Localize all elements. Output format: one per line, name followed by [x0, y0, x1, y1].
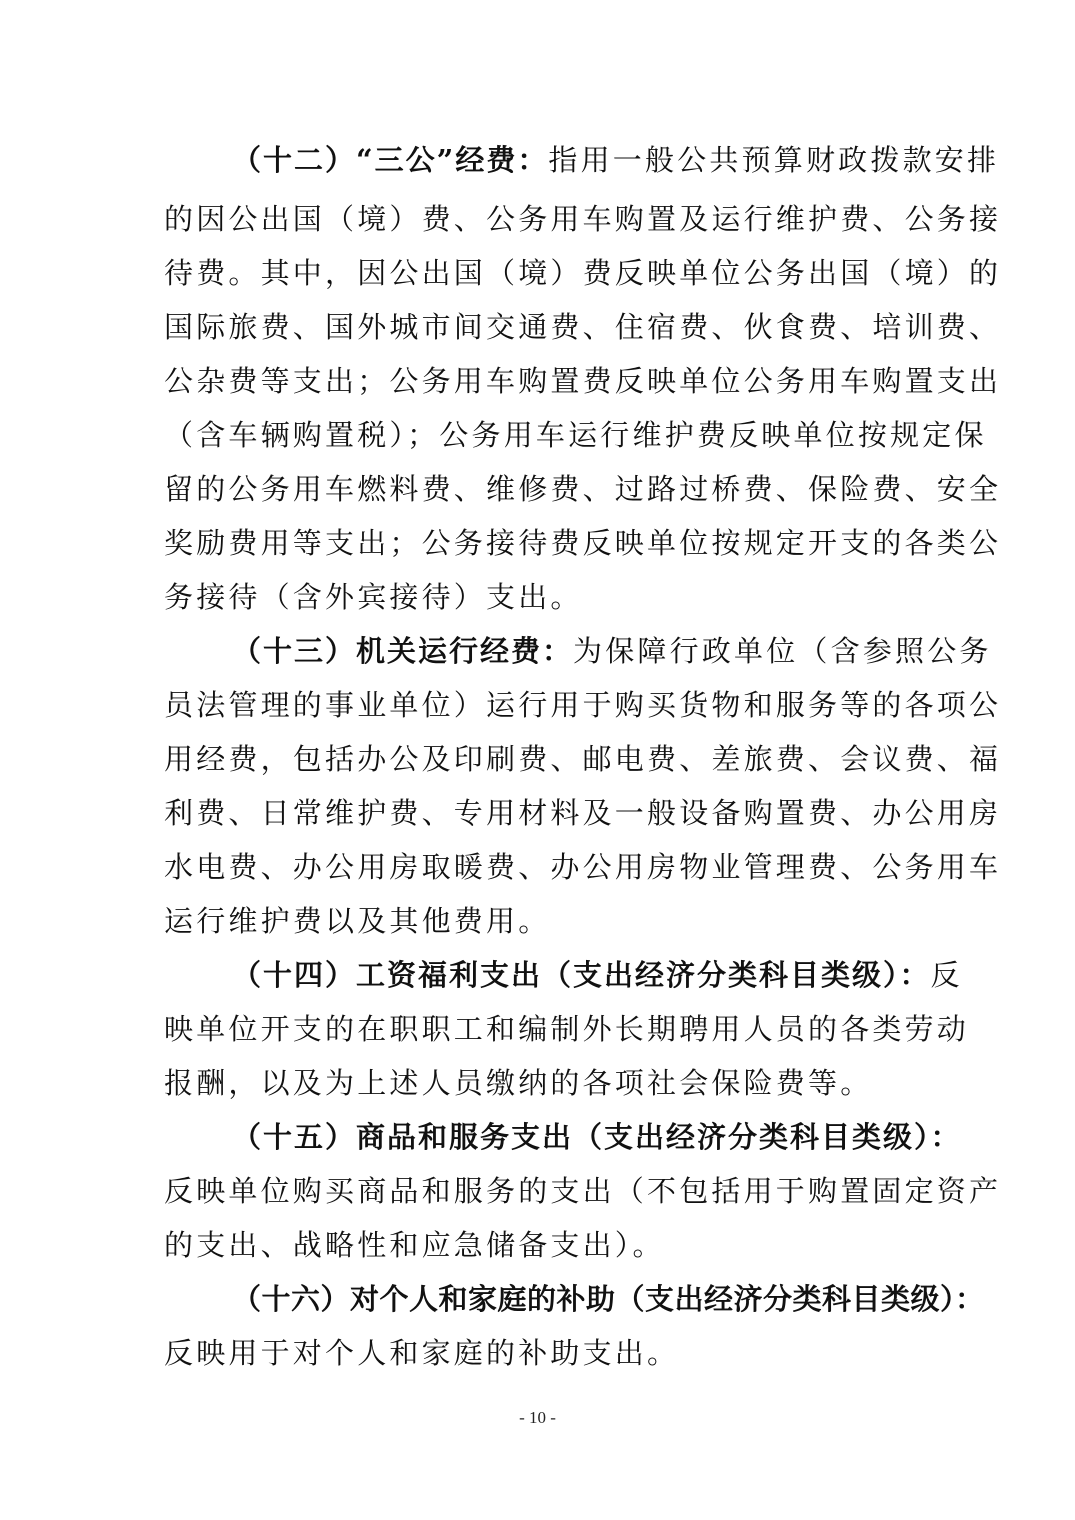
section-12-text: 指用一般公共预算财政拨款安排 [548, 143, 999, 177]
section-15-line: 的支出、战略性和应急储备支出）。 [164, 1225, 914, 1265]
section-13-text: 为保障行政单位（含参照公务 [573, 634, 992, 668]
section-12-line: 的因公出国（境）费、公务用车购置及运行维护费、公务接 [164, 199, 914, 239]
section-16-line: 反映用于对个人和家庭的补助支出。 [164, 1333, 914, 1373]
section-16-heading: （十六）对个人和家庭的补助（支出经济分类科目类级）： [232, 1282, 985, 1316]
section-15-first-line: （十五）商品和服务支出（支出经济分类科目类级）： [232, 1117, 914, 1157]
section-12-line: 公杂费等支出；公务用车购置费反映单位公务用车购置支出 [164, 361, 914, 401]
section-14-line: 映单位开支的在职职工和编制外长期聘用人员的各类劳动 [164, 1009, 914, 1049]
section-14-first-line: （十四）工资福利支出（支出经济分类科目类级）：反 [232, 955, 914, 995]
section-12-line: 待费。其中，因公出国（境）费反映单位公务出国（境）的 [164, 253, 914, 293]
section-12-line: 留的公务用车燃料费、维修费、过路过桥费、保险费、安全 [164, 469, 914, 509]
section-12-line: （含车辆购置税）；公务用车运行维护费反映单位按规定保 [164, 415, 914, 455]
section-12-line: 务接待（含外宾接待）支出。 [164, 577, 914, 617]
section-13-line: 运行维护费以及其他费用。 [164, 901, 914, 941]
section-12-line: 奖励费用等支出；公务接待费反映单位按规定开支的各类公 [164, 523, 914, 563]
section-15-heading: （十五）商品和服务支出（支出经济分类科目类级）： [232, 1120, 962, 1154]
section-14-text: 反 [931, 958, 963, 992]
section-13-line: 利费、日常维护费、专用材料及一般设备购置费、办公用房 [164, 793, 914, 833]
section-13-line: 用经费，包括办公及印刷费、邮电费、差旅费、会议费、福 [164, 739, 914, 779]
section-13-line: 水电费、办公用房取暖费、办公用房物业管理费、公务用车 [164, 847, 914, 887]
section-13-line: 员法管理的事业单位）运行用于购买货物和服务等的各项公 [164, 685, 914, 725]
section-13-heading: （十三）机关运行经费： [232, 634, 573, 668]
section-14-line: 报酬，以及为上述人员缴纳的各项社会保险费等。 [164, 1063, 914, 1103]
section-12-first-line: （十二）“三公”经费：指用一般公共预算财政拨款安排 [232, 140, 914, 180]
section-13-first-line: （十三）机关运行经费：为保障行政单位（含参照公务 [232, 631, 914, 671]
section-12-line: 国际旅费、国外城市间交通费、住宿费、伙食费、培训费、 [164, 307, 914, 347]
section-14-heading: （十四）工资福利支出（支出经济分类科目类级）： [232, 958, 931, 992]
section-15-line: 反映单位购买商品和服务的支出（不包括用于购置固定资产 [164, 1171, 914, 1211]
section-16-first-line: （十六）对个人和家庭的补助（支出经济分类科目类级）： [232, 1279, 914, 1319]
page-number: - 10 - [0, 1408, 1075, 1428]
section-12-heading: （十二）“三公”经费： [232, 143, 548, 177]
document-page: （十二）“三公”经费：指用一般公共预算财政拨款安排 的因公出国（境）费、公务用车… [0, 0, 1075, 1520]
